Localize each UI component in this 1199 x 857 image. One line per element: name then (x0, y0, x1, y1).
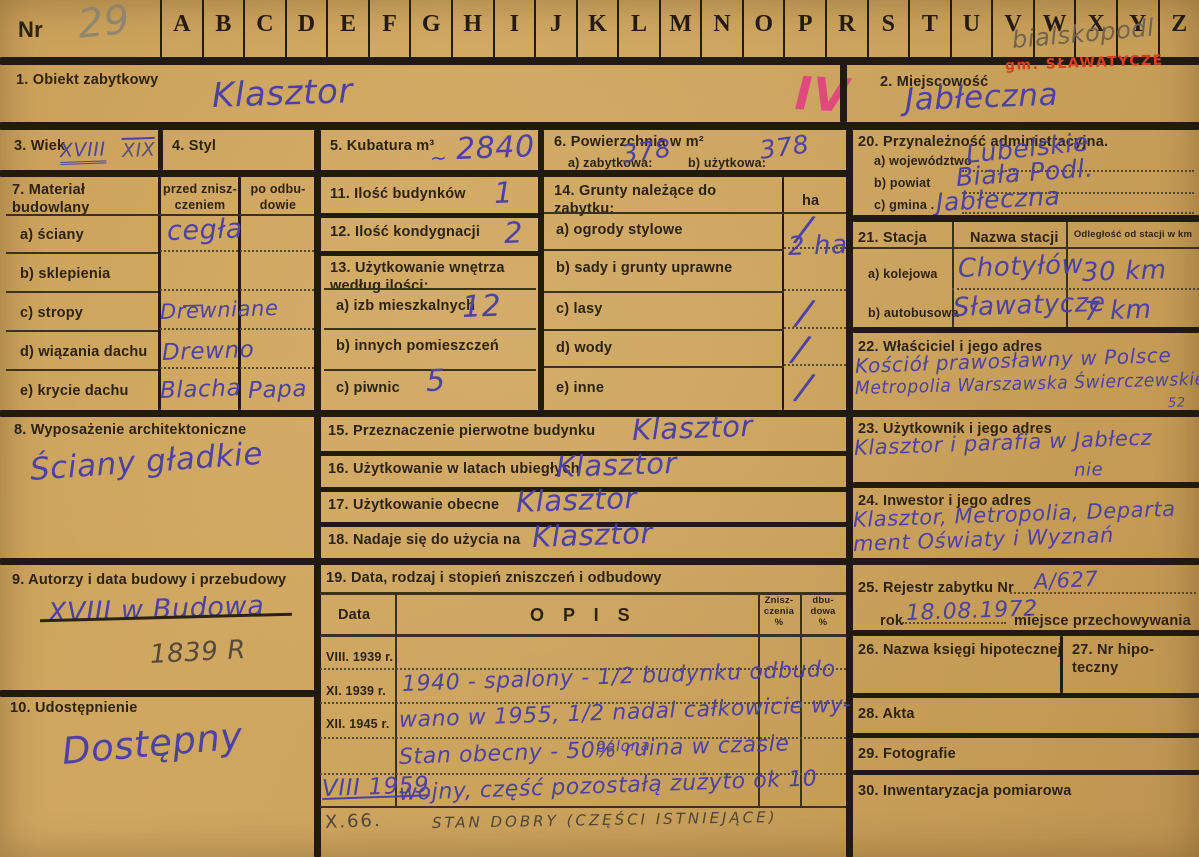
field21-label: 21. Stacja (858, 229, 927, 247)
divider-bar (314, 130, 321, 857)
rule-line (853, 247, 1199, 249)
footer-date-note: X.66. (325, 810, 382, 833)
divider-bar (0, 690, 314, 697)
field6-b-label: b) użytkowa: (688, 156, 766, 172)
field12-label: 12. Ilość kondygnacji (330, 223, 480, 241)
field21-bus-distance: 7 km (1083, 295, 1152, 327)
field4-label: 4. Styl (172, 137, 216, 155)
index-letter: M (659, 0, 701, 57)
field14-row-label: c) lasy (556, 300, 603, 318)
field19-date: XII. 1945 r. (326, 717, 390, 733)
field3-label: 3. Wiek (14, 137, 65, 155)
index-letter: T (908, 0, 950, 57)
rule-line (320, 634, 846, 637)
field15-value: Klasztor (631, 409, 753, 447)
rule-line (544, 366, 784, 368)
rule-line (1010, 592, 1196, 594)
field14-row-label: b) sady i grunty uprawne (556, 259, 732, 277)
field21-col-name: Nazwa stacji (970, 229, 1059, 247)
divider-bar (853, 770, 1199, 775)
rule-line (544, 329, 784, 331)
field7-row-label: d) wiązania dachu (20, 343, 147, 361)
field23-user-line2: nie (1074, 459, 1104, 481)
field14-row-label: e) inne (556, 379, 604, 397)
index-letter: Z (1158, 0, 1199, 57)
index-letter: B (202, 0, 244, 57)
rule-line (160, 289, 314, 291)
index-letter: L (617, 0, 659, 57)
divider-bar (0, 122, 1199, 130)
field19-opis-line: wano w 1955, 1/2 nadal całkowicie wy- (399, 692, 852, 733)
rule-line (6, 330, 158, 332)
rule-line (324, 288, 536, 290)
index-letter: C (243, 0, 285, 57)
index-letter: S (867, 0, 909, 57)
field21-rail-name: Chotyłów (957, 250, 1084, 284)
field25-register-number: A/627 (1033, 567, 1099, 594)
field19-col-rebuild: dbu- dowa % (802, 596, 844, 629)
divider-bar (158, 130, 163, 170)
rule-line (6, 369, 158, 371)
field7-walls-value: cegła (166, 213, 243, 247)
rule-line (544, 291, 784, 293)
rule-line (160, 250, 314, 252)
index-letter: D (285, 0, 327, 57)
field19-col-data: Data (338, 606, 370, 624)
field15-label: 15. Przeznaczenie pierwotne budynku (328, 422, 595, 440)
field7-roofing-value-1: Blacha (160, 375, 242, 404)
field14-unit-header: ha (802, 192, 819, 210)
field9-label: 9. Autorzy i data budowy i przebudowy (12, 571, 286, 589)
field21-row-label: b) autobusowa (868, 306, 959, 322)
field7-row-label: a) ściany (20, 226, 84, 244)
field21-row-label: a) kolejowa (868, 267, 938, 283)
divider-bar (853, 693, 1199, 698)
index-letter: E (326, 0, 368, 57)
field17-label: 17. Użytkowanie obecne (328, 496, 499, 514)
rule-line (784, 289, 846, 291)
index-letter: P (783, 0, 825, 57)
field19-label: 19. Data, rodzaj i stopień zniszczeń i o… (326, 569, 662, 587)
field7-row-label: e) krycie dachu (20, 382, 129, 400)
field16-label: 16. Użytkowanie w latach ubiegłych (328, 460, 580, 478)
field7-col2-header: po odbu- dowie (243, 182, 313, 213)
rule-line (902, 622, 1006, 624)
field5-value: 2840 (455, 129, 535, 167)
rule-line (6, 214, 314, 216)
field8-value: Ściany gładkie (29, 436, 264, 488)
field7-row-label: b) sklepienia (20, 265, 110, 283)
rule-line (6, 291, 158, 293)
divider-bar (853, 482, 1199, 488)
field13-row-label: a) izb mieszkalnych (336, 297, 475, 315)
field28-label: 28. Akta (858, 705, 915, 723)
footer-condition-note: STAN DOBRY (CZĘŚCI ISTNIEJĄCE) (432, 808, 778, 832)
field7-rooftruss-value: Drewno (162, 337, 255, 366)
field9-pencil-value: 1839 R (149, 635, 247, 670)
divider-bar (0, 558, 1199, 565)
field7-col1-header: przed znisz- czeniem (163, 182, 237, 213)
field19-col-destruction: Znisz- czenia % (760, 596, 798, 629)
heritage-record-card: Nr 29 A B C D E F G H I J K L M N O P R … (0, 0, 1199, 857)
rule-line (784, 364, 846, 366)
field6-b-value: 378 (758, 129, 811, 165)
field19-col-opis: O P I S (530, 604, 637, 627)
field13-row-label: b) innych pomieszczeń (336, 337, 499, 355)
index-letter: F (368, 0, 410, 57)
field18-value: Klasztor (531, 516, 653, 554)
field9-crossed-value: XVIII w Budowa (47, 590, 264, 629)
field7-label: 7. Materiał budowlany (12, 181, 90, 217)
field19-date: XI. 1939 r. (326, 684, 386, 700)
rule-line (784, 327, 846, 329)
divider-bar (853, 733, 1199, 738)
field19-date: VIII. 1939 r. (326, 650, 393, 666)
divider-bar (853, 630, 1199, 636)
field18-label: 18. Nadaje się do użycia na (328, 531, 520, 549)
field27-label: 27. Nr hipo- teczny (1072, 641, 1154, 677)
field14-row-label: d) wody (556, 339, 612, 357)
field14-other-value: / (794, 366, 814, 409)
field5-label: 5. Kubatura m³ (330, 137, 434, 155)
rule-line (160, 367, 314, 369)
divider-bar (158, 177, 161, 410)
field21-col-distance: Odległość od stacji w km (1070, 230, 1196, 241)
field30-label: 30. Inwentaryzacja pomiarowa (858, 782, 1072, 800)
field7-roofing-value-2: Papa (248, 376, 308, 404)
field13-rooms-value: 12 (461, 289, 502, 325)
field11-label: 11. Ilość budynków (330, 185, 466, 203)
field11-value: 1 (493, 175, 513, 210)
field17-value: Klasztor (515, 481, 637, 519)
divider-bar (538, 130, 544, 410)
field10-value: Dostępny (60, 714, 244, 773)
field14-orchards-value: 2 ha (787, 230, 848, 262)
field1-label: 1. Obiekt zabytkowy (16, 71, 158, 89)
field5-approx-mark: ~ (430, 145, 448, 170)
index-letter: J (534, 0, 576, 57)
index-letter: I (493, 0, 535, 57)
field1-value: Klasztor (211, 71, 353, 116)
rule-line (6, 252, 158, 254)
field7-ceilings-value: Drewniane (160, 296, 279, 324)
index-letter: H (451, 0, 493, 57)
divider-bar (1060, 636, 1063, 693)
field6-a-value: 378 (620, 133, 673, 169)
field19-opis-line: 1940 - spalony - 1/2 budynku odbudo (402, 657, 837, 697)
field26-label: 26. Nazwa księgi hipotecznej (858, 641, 1062, 659)
field25-label: 25. Rejestr zabytku Nr (858, 579, 1014, 597)
index-letter: N (700, 0, 742, 57)
rule-line (160, 328, 314, 330)
divider-bar (853, 215, 1199, 222)
field7-row-label: c) stropy (20, 304, 83, 322)
field3-value-b: XIX (122, 137, 156, 162)
index-letter: G (409, 0, 451, 57)
field20-row-label: c) gmina . (874, 198, 934, 214)
field25-year-label: rok (880, 612, 903, 630)
index-letter: K (576, 0, 618, 57)
field21-rail-distance: 30 km (1081, 255, 1167, 288)
field13-cellars-value: 5 (425, 363, 446, 399)
index-letter: O (742, 0, 784, 57)
card-number-value: 29 (76, 0, 133, 48)
field8-label: 8. Wyposażenie architektoniczne (14, 421, 246, 439)
field3-value-a: XVIII (60, 138, 107, 165)
divider-bar (853, 327, 1199, 333)
index-letter: U (950, 0, 992, 57)
rule-line (324, 328, 536, 330)
rule-line (544, 249, 784, 251)
index-letter: R (825, 0, 867, 57)
field14-row-label: a) ogrody stylowe (556, 221, 683, 239)
field10-label: 10. Udostępnienie (10, 699, 138, 717)
divider-bar (0, 410, 1199, 417)
field22-owner-line3: 52 (1168, 395, 1186, 411)
divider-bar (317, 251, 540, 256)
field12-value: 2 (503, 215, 523, 250)
card-number-label: Nr (18, 16, 43, 44)
field2-value: Jabłeczna (904, 77, 1058, 118)
divider-bar (840, 64, 847, 122)
field16-value: Klasztor (555, 446, 677, 484)
field25-place-label: miejsce przechowywania (1014, 612, 1191, 630)
field20-row-label: b) powiat (874, 176, 931, 192)
field29-label: 29. Fotografie (858, 745, 956, 763)
field13-row-label: c) piwnic (336, 379, 400, 397)
index-letter: A (160, 0, 202, 57)
